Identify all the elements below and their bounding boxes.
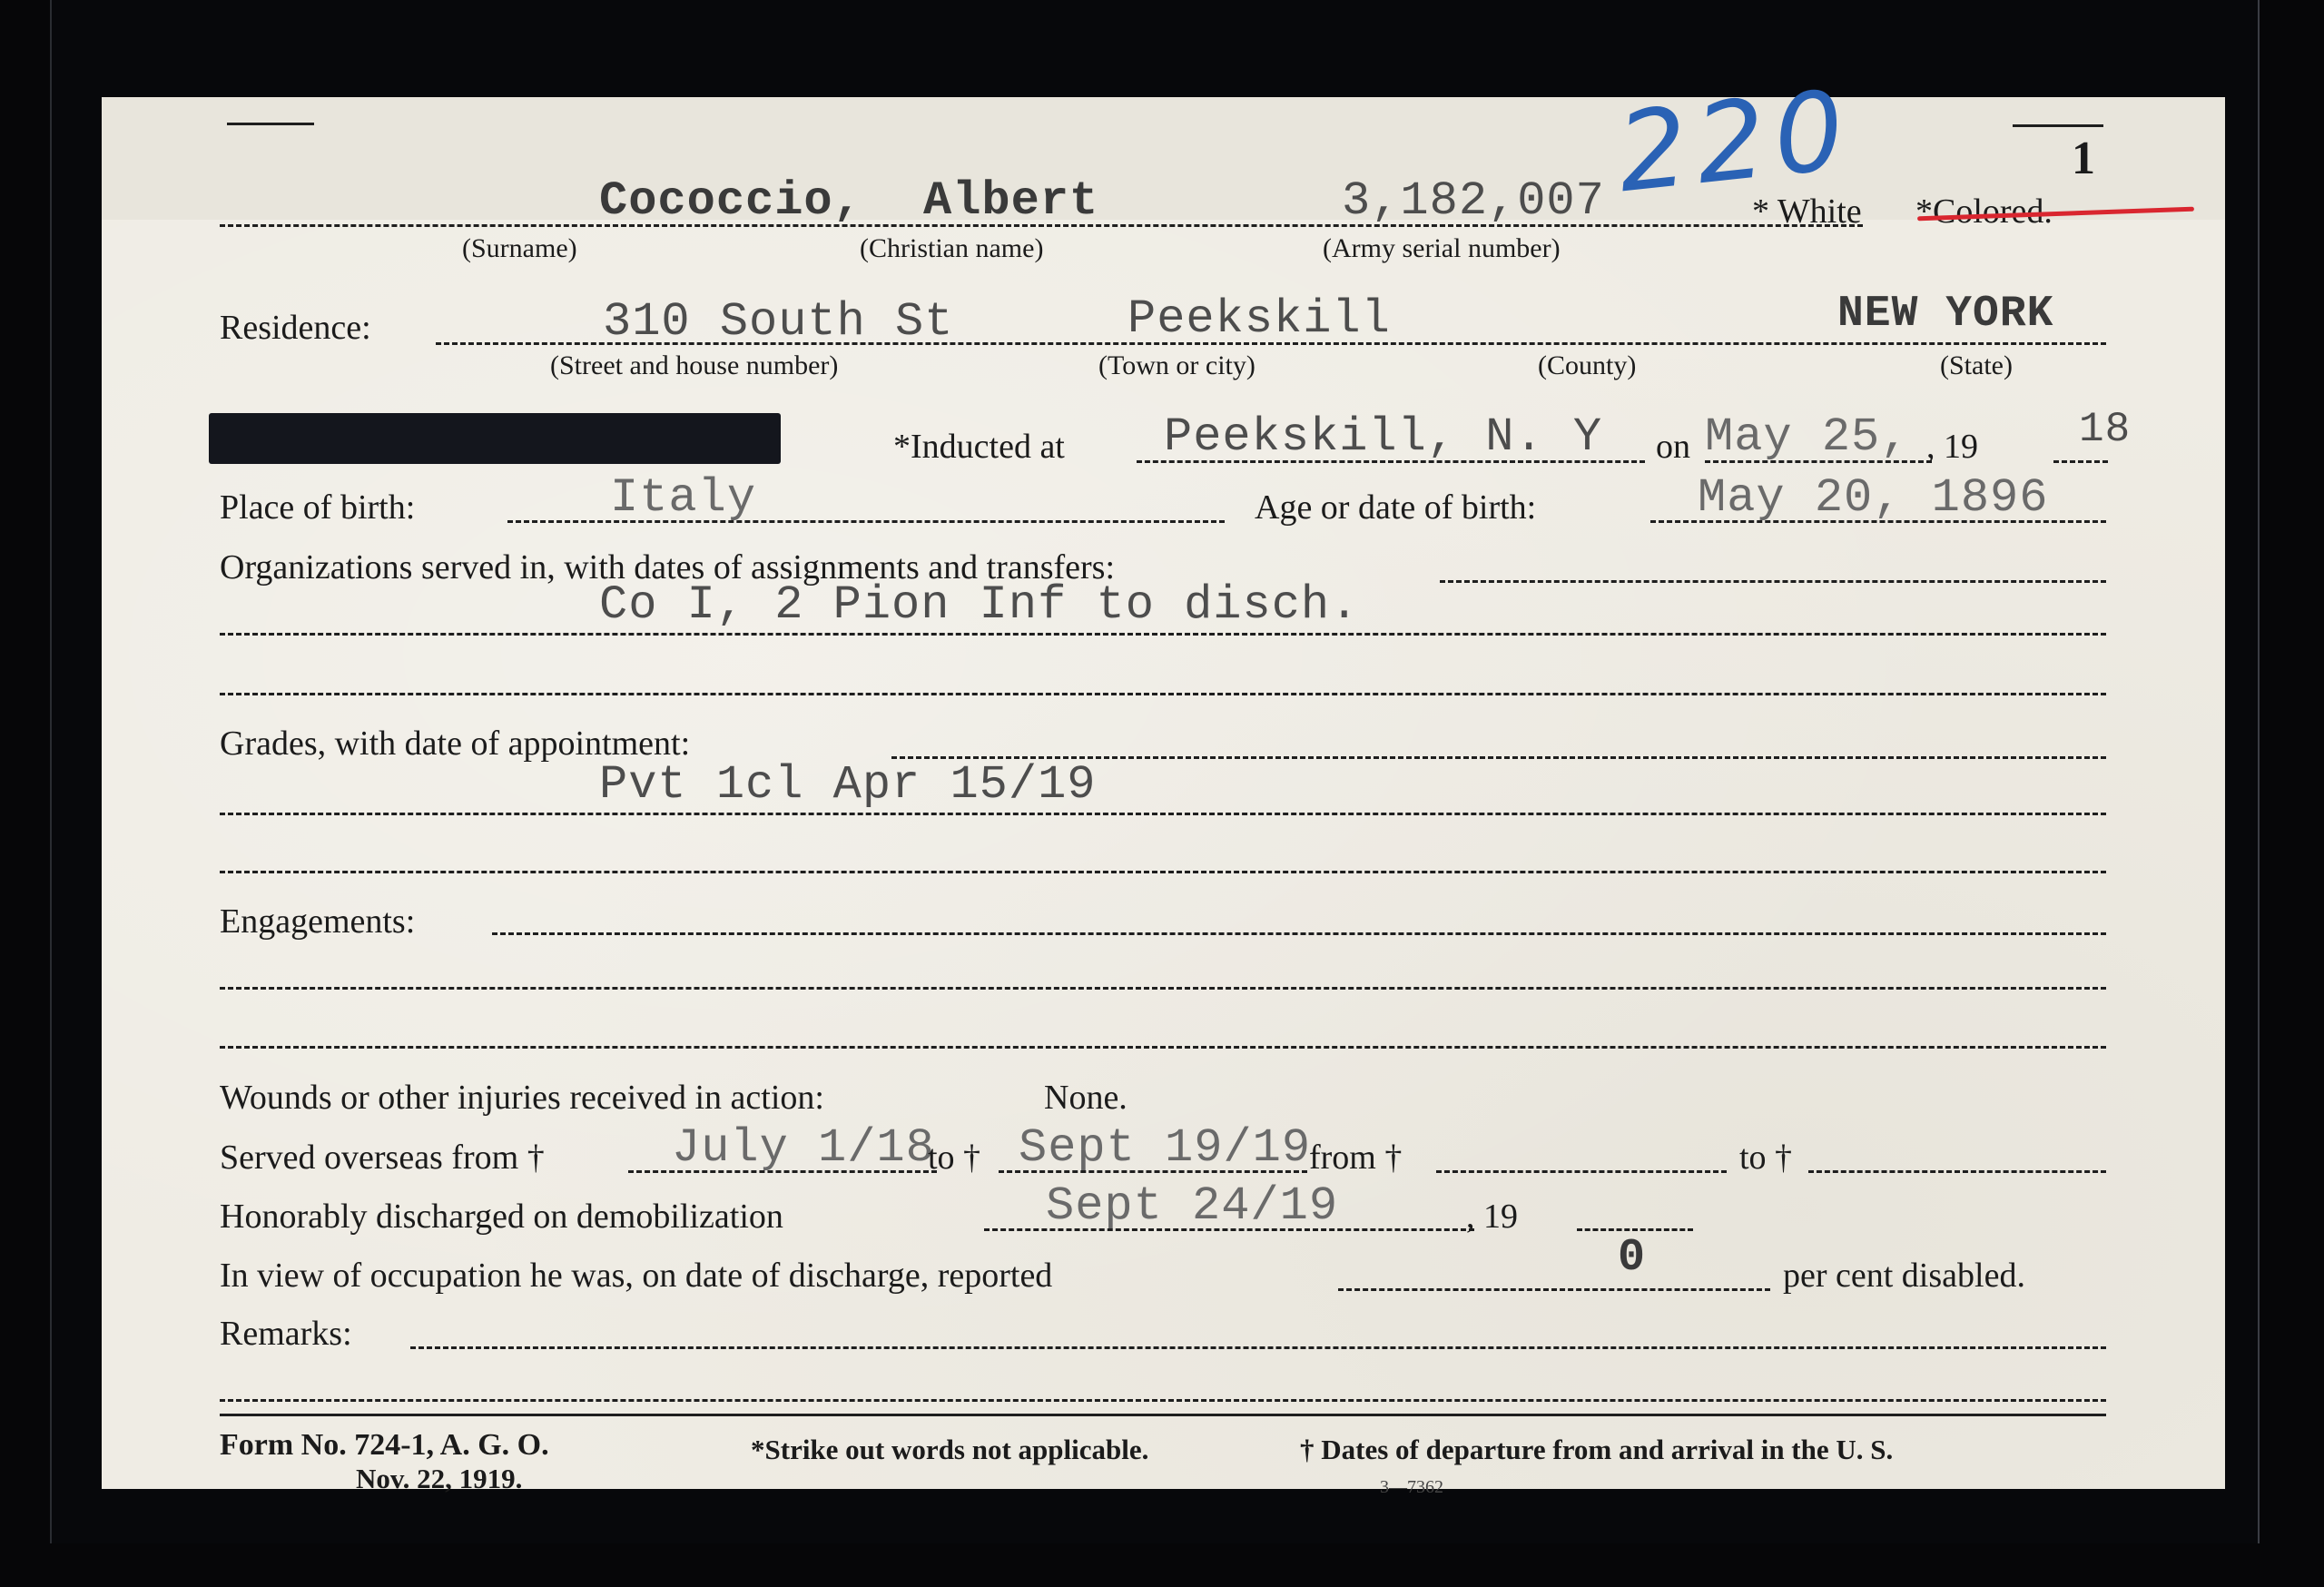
overseas-to-2-line bbox=[1808, 1170, 2106, 1173]
street-value: 310 South St bbox=[603, 295, 953, 349]
grades-line-3 bbox=[220, 871, 2106, 873]
redaction-bar bbox=[209, 413, 781, 464]
print-code: 3—7362 bbox=[1380, 1477, 1443, 1498]
overseas-from-1-line bbox=[628, 1170, 937, 1173]
induction-date-line bbox=[1705, 460, 1932, 463]
overseas-to-1-value: Sept 19/19 bbox=[1019, 1121, 1311, 1175]
overseas-from-2-label: from † bbox=[1309, 1138, 1402, 1178]
per-cent-disabled-label: per cent disabled. bbox=[1783, 1256, 2025, 1296]
county-label: (County) bbox=[1538, 350, 1636, 381]
grades-line-2 bbox=[220, 813, 2106, 815]
top-right-rule bbox=[2013, 124, 2103, 127]
residence-label: Residence: bbox=[220, 308, 371, 348]
overseas-to-2-label: to † bbox=[1739, 1138, 1792, 1178]
christian-name-value: Albert bbox=[923, 174, 1098, 228]
discharge-date-value: Sept 24/19 bbox=[1046, 1179, 1338, 1233]
name-line bbox=[220, 224, 1863, 227]
overseas-to-1-label: to † bbox=[928, 1138, 980, 1178]
organizations-value: Co I, 2 Pion Inf to disch. bbox=[599, 578, 1359, 632]
place-of-birth-value: Italy bbox=[610, 471, 756, 525]
organizations-line-2 bbox=[220, 633, 2106, 636]
grades-value: Pvt 1cl Apr 15/19 bbox=[599, 758, 1097, 812]
dob-value: May 20, 1896 bbox=[1698, 471, 2048, 525]
wounds-value: None. bbox=[1044, 1078, 1128, 1118]
strike-out-note: *Strike out words not applicable. bbox=[751, 1434, 1148, 1466]
induction-year-value: 18 bbox=[2079, 406, 2131, 453]
induction-year-line bbox=[2053, 460, 2108, 463]
remarks-line-1 bbox=[410, 1346, 2106, 1349]
induction-year-prefix: , 19 bbox=[1926, 427, 1978, 467]
organizations-line-3 bbox=[220, 693, 2106, 695]
top-left-rule bbox=[227, 123, 314, 125]
dob-line bbox=[1650, 520, 2106, 523]
on-label: on bbox=[1656, 427, 1690, 467]
christian-name-label: (Christian name) bbox=[860, 233, 1043, 264]
footer-rule bbox=[220, 1414, 2106, 1416]
engagements-line-2 bbox=[220, 987, 2106, 990]
surname-value: Cococcio, bbox=[599, 174, 862, 228]
town-value: Peekskill bbox=[1128, 292, 1391, 346]
induction-date-value: May 25, bbox=[1705, 410, 1909, 464]
surname-label: (Surname) bbox=[462, 233, 577, 264]
state-value: NEW YORK bbox=[1837, 290, 2053, 339]
overseas-to-1-line bbox=[999, 1170, 1307, 1173]
organizations-line-1 bbox=[1440, 580, 2106, 583]
town-label: (Town or city) bbox=[1098, 350, 1256, 381]
remarks-line-2 bbox=[220, 1399, 2106, 1402]
place-of-birth-label: Place of birth: bbox=[220, 488, 415, 527]
inducted-line bbox=[1137, 460, 1645, 463]
form-date: Nov. 22, 1919. bbox=[356, 1463, 522, 1495]
overseas-from-1-value: July 1/18 bbox=[672, 1121, 935, 1175]
service-record-card: 1 220 Cococcio, Albert 3,182,007 * White… bbox=[102, 97, 2225, 1489]
discharge-year-prefix: , 19 bbox=[1466, 1197, 1518, 1237]
card-top-band bbox=[102, 97, 2225, 220]
inducted-at-label: *Inducted at bbox=[893, 427, 1065, 467]
overseas-from-2-line bbox=[1436, 1170, 1727, 1173]
remarks-label: Remarks: bbox=[220, 1314, 352, 1354]
discharge-date-line bbox=[984, 1228, 1474, 1231]
dates-note: † Dates of departure from and arrival in… bbox=[1300, 1434, 1893, 1466]
wounds-label: Wounds or other injuries received in act… bbox=[220, 1078, 824, 1118]
race-white: * White bbox=[1752, 192, 1862, 232]
card-number: 1 bbox=[2072, 132, 2095, 185]
discharged-label: Honorably discharged on demobilization bbox=[220, 1197, 783, 1237]
served-overseas-label: Served overseas from † bbox=[220, 1138, 545, 1178]
serial-number-label: (Army serial number) bbox=[1323, 233, 1561, 264]
age-dob-label: Age or date of birth: bbox=[1255, 488, 1536, 527]
residence-line bbox=[436, 342, 2106, 345]
inducted-place-value: Peekskill, N. Y bbox=[1164, 410, 1602, 464]
percent-disabled-line bbox=[1338, 1288, 1770, 1291]
percent-disabled-value: 0 bbox=[1618, 1232, 1646, 1284]
occupation-label: In view of occupation he was, on date of… bbox=[220, 1256, 1052, 1296]
form-number: Form No. 724-1, A. G. O. bbox=[220, 1428, 549, 1463]
engagements-label: Engagements: bbox=[220, 902, 415, 941]
discharge-year-line bbox=[1577, 1228, 1693, 1231]
engagements-line-3 bbox=[220, 1046, 2106, 1049]
engagements-line-1 bbox=[492, 932, 2106, 935]
place-of-birth-line bbox=[507, 520, 1225, 523]
street-label: (Street and house number) bbox=[550, 350, 838, 381]
serial-number-value: 3,182,007 bbox=[1342, 174, 1605, 228]
state-label: (State) bbox=[1940, 350, 2013, 381]
